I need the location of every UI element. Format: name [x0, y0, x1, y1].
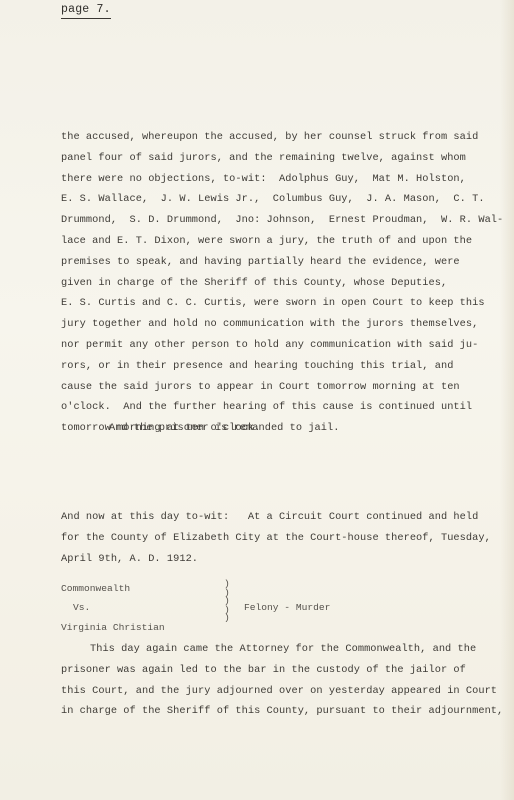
text-line: premises to speak, and having partially … — [61, 252, 506, 273]
text-line: E. S. Wallace, J. W. Lewis Jr., Columbus… — [61, 189, 506, 210]
court-session-paragraph: And now at this day to-wit: At a Circuit… — [61, 507, 506, 569]
plaintiff-name: Commonwealth — [61, 583, 130, 595]
text-line: lace and E. T. Dixon, were sworn a jury,… — [61, 231, 506, 252]
jury-sworn-paragraph: the accused, whereupon the accused, by h… — [61, 127, 506, 439]
remand-statement: And the prisoner is remanded to jail. — [61, 418, 506, 439]
text-line: this Court, and the jury adjourned over … — [61, 681, 506, 702]
text-line: o'clock. And the further hearing of this… — [61, 397, 506, 418]
text-line: April 9th, A. D. 1912. — [61, 549, 506, 570]
caption-brace: ) ) ) ) ) — [224, 580, 230, 623]
document-page: page 7. the accused, whereupon the accus… — [0, 0, 514, 800]
text-line: in charge of the Sheriff of this County,… — [61, 701, 506, 722]
page-number-label: page 7. — [61, 3, 111, 19]
text-line: panel four of said jurors, and the remai… — [61, 148, 506, 169]
text-line: the accused, whereupon the accused, by h… — [61, 127, 506, 148]
case-caption: Commonwealth Vs. Virginia Christian ) ) … — [61, 580, 361, 640]
text-line: Drummond, S. D. Drummond, Jno: Johnson, … — [61, 210, 506, 231]
text-line: And now at this day to-wit: At a Circuit… — [61, 507, 506, 528]
text-line: rors, or in their presence and hearing t… — [61, 356, 506, 377]
versus-label: Vs. — [73, 602, 90, 614]
text-line: This day again came the Attorney for the… — [61, 639, 506, 660]
text-line: prisoner was again led to the bar in the… — [61, 660, 506, 681]
text-line: And the prisoner is remanded to jail. — [61, 418, 506, 439]
trial-continuation-paragraph: This day again came the Attorney for the… — [61, 639, 506, 722]
text-line: jury together and hold no communication … — [61, 314, 506, 335]
charge-label: Felony - Murder — [244, 602, 330, 614]
text-line: nor permit any other person to hold any … — [61, 335, 506, 356]
text-line: E. S. Curtis and C. C. Curtis, were swor… — [61, 293, 506, 314]
text-line: for the County of Elizabeth City at the … — [61, 528, 506, 549]
text-line: there were no objections, to-wit: Adolph… — [61, 169, 506, 190]
text-line: given in charge of the Sheriff of this C… — [61, 273, 506, 294]
defendant-name: Virginia Christian — [61, 622, 165, 634]
text-line: cause the said jurors to appear in Court… — [61, 377, 506, 398]
